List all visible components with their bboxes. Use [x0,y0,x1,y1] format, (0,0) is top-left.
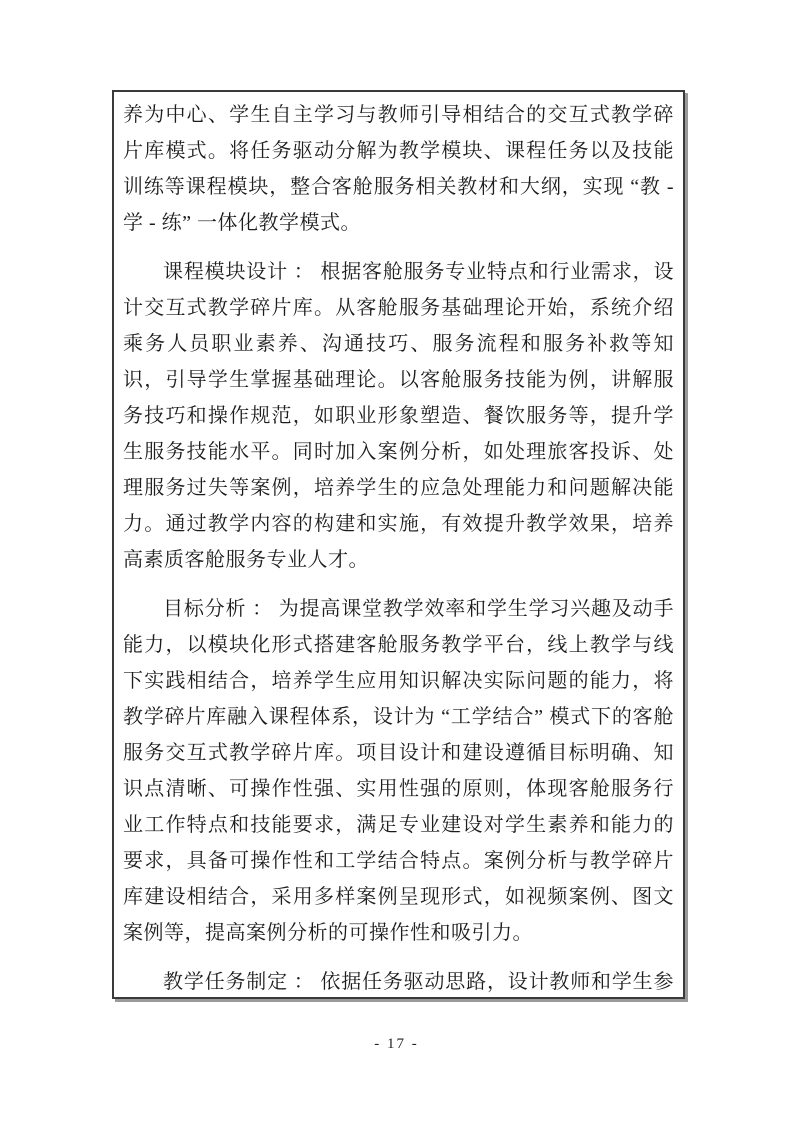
document-page: 养为中心、学生自主学习与教师引导相结合的交互式教学碎片库模式。将任务驱动分解为教… [0,0,793,1122]
text-box: 养为中心、学生自主学习与教师引导相结合的交互式教学碎片库模式。将任务驱动分解为教… [112,90,685,999]
paragraph: 课程模块设计 ： 根据客舱服务专业特点和行业需求，设计交互式教学碎片库。从客舱服… [123,254,674,578]
page-number: - 17 - [0,1036,793,1053]
paragraph: 养为中心、学生自主学习与教师引导相结合的交互式教学碎片库模式。将任务驱动分解为教… [123,97,674,241]
paragraph: 目标分析 ： 为提高课堂教学效率和学生学习兴趣及动手能力，以模块化形式搭建客舱服… [123,591,674,951]
paragraph: 教学任务制定 ： 依据任务驱动思路，设计教师和学生参与度高的任务群。教师参与的任… [123,964,674,999]
